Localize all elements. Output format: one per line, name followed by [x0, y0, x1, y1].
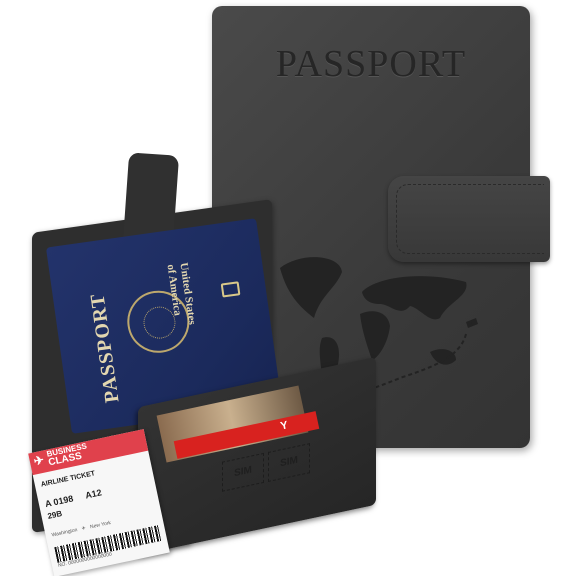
ticket-gate: A12	[84, 487, 102, 500]
cover-title: PASSPORT	[212, 42, 530, 86]
card-letter: Y	[279, 419, 289, 432]
ticket-flight: A 0198	[44, 493, 74, 509]
ticket-to: New York	[90, 520, 112, 530]
airplane-icon: ✈	[33, 456, 45, 467]
ticket-from: Washington	[51, 527, 78, 538]
biometric-chip-icon	[221, 281, 241, 297]
strap-stitching	[396, 184, 544, 254]
passport-label: PASSPORT	[82, 262, 128, 434]
